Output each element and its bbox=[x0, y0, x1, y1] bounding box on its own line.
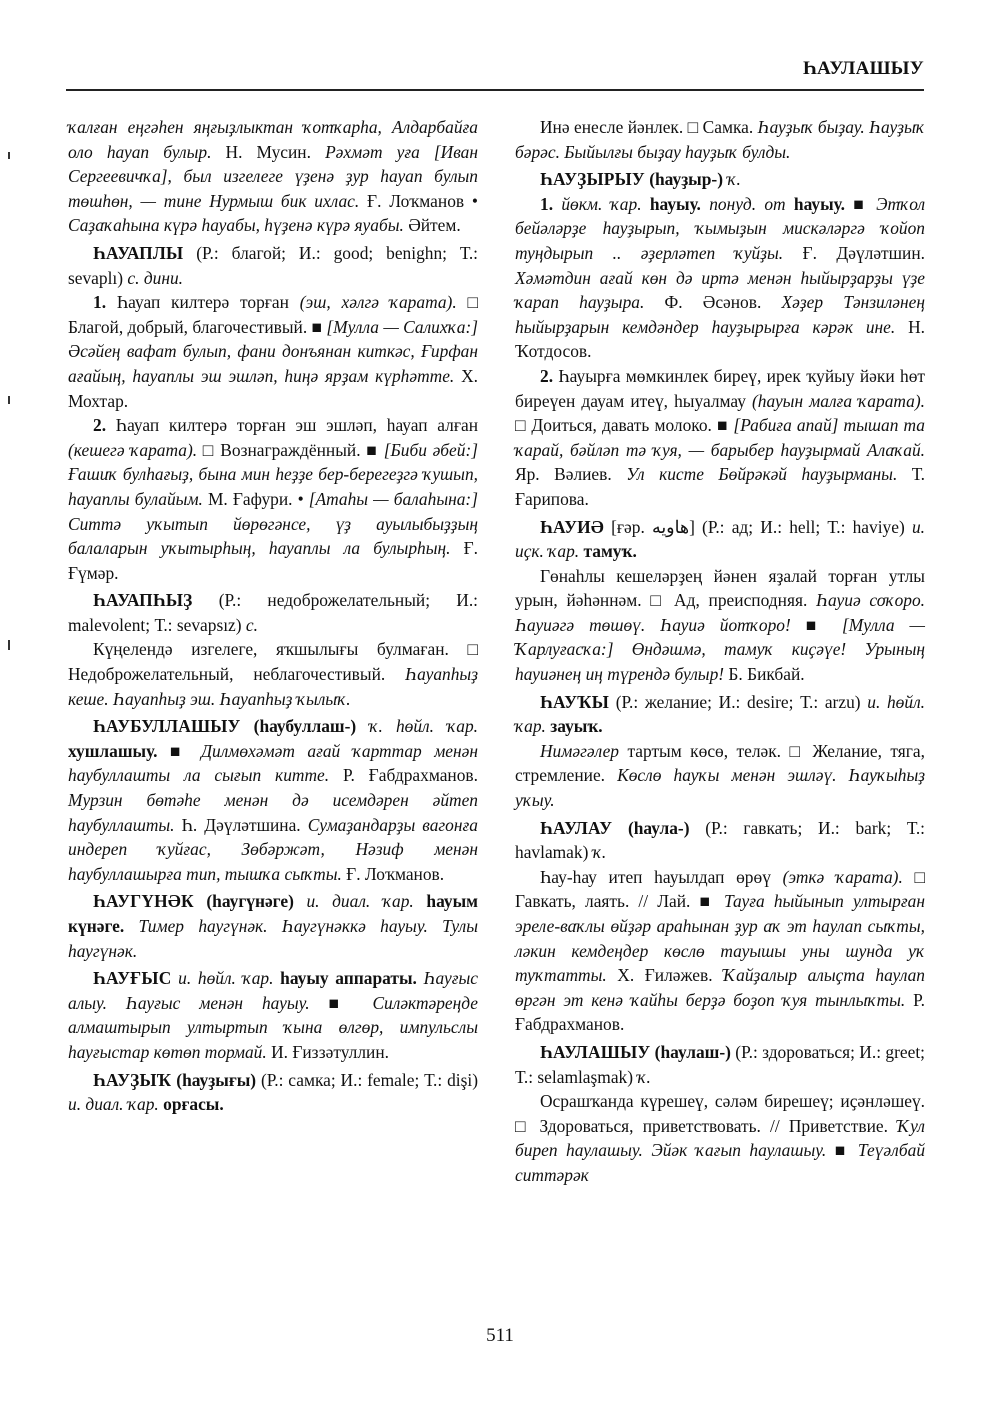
dictionary-entry: ҺАУҘЫРЫУ (һауҙыр-) ҡ. bbox=[515, 167, 925, 192]
text-run: тамуҡ. bbox=[579, 541, 637, 561]
dictionary-entry: ҺАУАПҺЫҘ (Р.: недоброжелательный; И.: ma… bbox=[68, 588, 478, 637]
text-run: (һаулаш-) bbox=[650, 1042, 731, 1062]
text-run: (һаубуллаш-) bbox=[241, 716, 357, 736]
headword: ҺАУЛАУ bbox=[540, 818, 612, 838]
text-run: (һауҙыр-) bbox=[645, 169, 723, 189]
text-run: 1. bbox=[93, 292, 106, 312]
text-run: □ Доиться, давать молоко. ■ bbox=[515, 415, 733, 435]
text-run: Х. Ғиләжев. bbox=[607, 965, 723, 985]
dictionary-entry: ҺАУИӘ [ғәр. هاويه] (Р.: ад; И.: hell; Т.… bbox=[515, 515, 925, 564]
headword: ҺАУҠЫ bbox=[540, 692, 609, 712]
text-run: Инә енесле йәнлек. □ Самка. bbox=[540, 117, 758, 137]
text-run: хушлашыу. bbox=[68, 741, 157, 761]
entry-text: 1. Һауап килтерә торған (эш, хәлгә ҡарат… bbox=[68, 290, 478, 413]
text-run: һауыу аппараты. bbox=[273, 968, 416, 988]
running-head: ҺАУЛАШЫУ bbox=[803, 58, 924, 80]
entry-text: 2. Һауап килтерә торған эш эшләп, һауап … bbox=[68, 413, 478, 585]
text-run: Н. Мусин. bbox=[211, 142, 325, 162]
text-run: йөкм. ҡар. bbox=[553, 194, 642, 214]
entry-text: 1. йөкм. ҡар. һауыу. понуд. от һауыу. ■ … bbox=[515, 192, 925, 364]
right-column: Инә енесле йәнлек. □ Самка. Һауҙыҡ быҙау… bbox=[515, 115, 925, 1188]
text-run: ҡ. һөйл. ҡар. bbox=[356, 716, 478, 736]
text-run: с. bbox=[246, 615, 258, 635]
text-run: (кешегә ҡарата). bbox=[68, 440, 197, 460]
text-run: Б. Бикбай. bbox=[724, 664, 805, 684]
dictionary-entry: ҺАУЛАУ (һаула-) (Р.: гавкать; И.: bark; … bbox=[515, 816, 925, 865]
text-run: Ф. Әсәнов. bbox=[644, 292, 781, 312]
text-run: Ғ. Лоҡманов • bbox=[359, 191, 478, 211]
text-run: Ғ. Дәүләтшин. bbox=[783, 243, 925, 263]
headword: ҺАУАПҺЫҘ bbox=[93, 590, 193, 610]
text-run: (Р.: самка; И.: female; Т.: dişi) bbox=[256, 1070, 478, 1090]
headword: ҺАУИӘ bbox=[540, 517, 604, 537]
entry-text: Күңелендә изгелеге, яҡшылығы булмаған. □… bbox=[68, 637, 478, 711]
scan-mark bbox=[8, 640, 10, 650]
text-run: (Р.: желание; И.: desire; Т.: arzu) bbox=[609, 692, 867, 712]
text-run: (һауын малға ҡарата). bbox=[752, 391, 925, 411]
text-run: орғасы. bbox=[159, 1094, 224, 1114]
entry-text: Нимәгәлер тартым көсө, теләк. □ Желание,… bbox=[515, 739, 925, 813]
text-run: ■ bbox=[826, 1140, 858, 1160]
text-run: (эш, хәлгә ҡарата). bbox=[300, 292, 457, 312]
entry-text: Осрашҡанда күрешеү, сәләм бирешеү; иҫәнл… bbox=[515, 1089, 925, 1187]
dictionary-entry: ҺАУБУЛЛАШЫУ (һаубуллаш-) ҡ. һөйл. ҡар. х… bbox=[68, 714, 478, 886]
entry-text: Инә енесле йәнлек. □ Самка. Һауҙыҡ быҙау… bbox=[515, 115, 925, 164]
text-run: Тимер һаугүнәк. Һаугүнәккә һауыу. Тулы һ… bbox=[68, 916, 478, 961]
text-run: ■ bbox=[310, 993, 373, 1013]
text-run: Әйтем. bbox=[404, 215, 461, 235]
dictionary-entry: ҺАУГҮНӘК (һаугүнәге) и. диал. ҡар. һауым… bbox=[68, 889, 478, 963]
text-run: и. диал. ҡар. bbox=[294, 891, 414, 911]
text-run: М. Ғафури. • bbox=[203, 489, 309, 509]
dictionary-entry: ҺАУЛАШЫУ (һаулаш-) (Р.: здороваться; И.:… bbox=[515, 1040, 925, 1089]
text-run: (эткә ҡарата). bbox=[783, 867, 903, 887]
entry-text: ҡалған еңгәһен яңғыҙлыктан ҡотҡарһа, Алд… bbox=[68, 115, 478, 238]
text-run: зауыҡ. bbox=[546, 716, 603, 736]
text-run: и. һөйл. ҡар. bbox=[171, 968, 273, 988]
dictionary-entry: ҺАУҠЫ (Р.: желание; И.: desire; Т.: arzu… bbox=[515, 690, 925, 739]
text-run: и. диал. ҡар. bbox=[68, 1094, 159, 1114]
text-run: Ғ. Лоҡманов. bbox=[342, 864, 444, 884]
text-run: Һ. Дәүләтшина. bbox=[175, 815, 308, 835]
text-run: һауыу. bbox=[786, 194, 845, 214]
text-run: Яр. Вәлиев. bbox=[515, 464, 626, 484]
text-run: □ Вознаграждённый. ■ bbox=[197, 440, 384, 460]
text-run: ■ bbox=[791, 615, 842, 635]
text-run: Р. Ғабдрахманов. bbox=[329, 765, 478, 785]
text-run: Ул кисте Бөйрәкәй һауҙырманы. bbox=[626, 464, 897, 484]
text-run: 2. bbox=[93, 415, 106, 435]
headword: ҺАУАПЛЫ bbox=[93, 243, 183, 263]
headword: ҺАУҘЫҠ bbox=[93, 1070, 171, 1090]
text-run: ҡ. bbox=[593, 842, 607, 862]
header-rule bbox=[66, 89, 924, 91]
entry-text: Һау-һау итеп һауылдап өрөү (эткә ҡарата)… bbox=[515, 865, 925, 1037]
headword: ҺАУГҮНӘК bbox=[93, 891, 194, 911]
dictionary-entry: ҺАУАПЛЫ (Р.: благой; И.: good; benighn; … bbox=[68, 241, 478, 290]
headword: ҺАУҒЫС bbox=[93, 968, 171, 988]
text-run: һауыу. bbox=[642, 194, 701, 214]
text-run: (һауҙығы) bbox=[171, 1070, 256, 1090]
entry-text: Гөнаһлы кешеләрҙең йәнен яҙалай торған у… bbox=[515, 564, 925, 687]
text-run: 1. bbox=[540, 194, 553, 214]
text-run: Саҙаҡаһына күрә һауабы, һүҙенә күрә яуаб… bbox=[68, 215, 404, 235]
text-run: Һау-һау итеп һауылдап өрөү bbox=[540, 867, 783, 887]
left-column: ҡалған еңгәһен яңғыҙлыктан ҡотҡарһа, Алд… bbox=[68, 115, 478, 1117]
text-run: Нимәгәлер bbox=[540, 741, 619, 761]
text-run: Һауап килтерә торған эш эшләп, һауап алғ… bbox=[106, 415, 478, 435]
headword: ҺАУБУЛЛАШЫУ bbox=[93, 716, 241, 736]
scan-mark bbox=[8, 152, 10, 159]
text-run: ҡ. bbox=[637, 1067, 651, 1087]
text-run: (һаула-) bbox=[612, 818, 689, 838]
dictionary-entry: ҺАУҒЫС и. һөйл. ҡар. һауыу аппараты. Һау… bbox=[68, 966, 478, 1064]
text-run: (һаугүнәге) bbox=[194, 891, 294, 911]
page-number: 511 bbox=[0, 1325, 1000, 1347]
text-run: понуд. от bbox=[701, 194, 786, 214]
headword: ҺАУЛАШЫУ bbox=[540, 1042, 650, 1062]
text-run: ■ bbox=[845, 194, 876, 214]
dictionary-entry: ҺАУҘЫҠ (һауҙығы) (Р.: самка; И.: female;… bbox=[68, 1068, 478, 1117]
text-run: ҡ. bbox=[723, 169, 741, 189]
scan-mark bbox=[8, 396, 10, 404]
entry-text: 2. Һауырға мөмкинлек биреү, ирек ҡуйыу й… bbox=[515, 364, 925, 512]
text-run: с. дини. bbox=[127, 268, 183, 288]
text-run: Осрашҡанда күрешеү, сәләм бирешеү; иҫәнл… bbox=[515, 1091, 925, 1136]
text-run: [ғәр. هاويه] (Р.: ад; И.: hell; Т.: havi… bbox=[604, 517, 912, 537]
text-run: ■ bbox=[157, 741, 201, 761]
text-run: Һауап килтерә торған bbox=[106, 292, 300, 312]
text-run: 2. bbox=[540, 366, 553, 386]
text-run: И. Ғиззәтуллин. bbox=[267, 1042, 389, 1062]
headword: ҺАУҘЫРЫУ bbox=[540, 169, 645, 189]
